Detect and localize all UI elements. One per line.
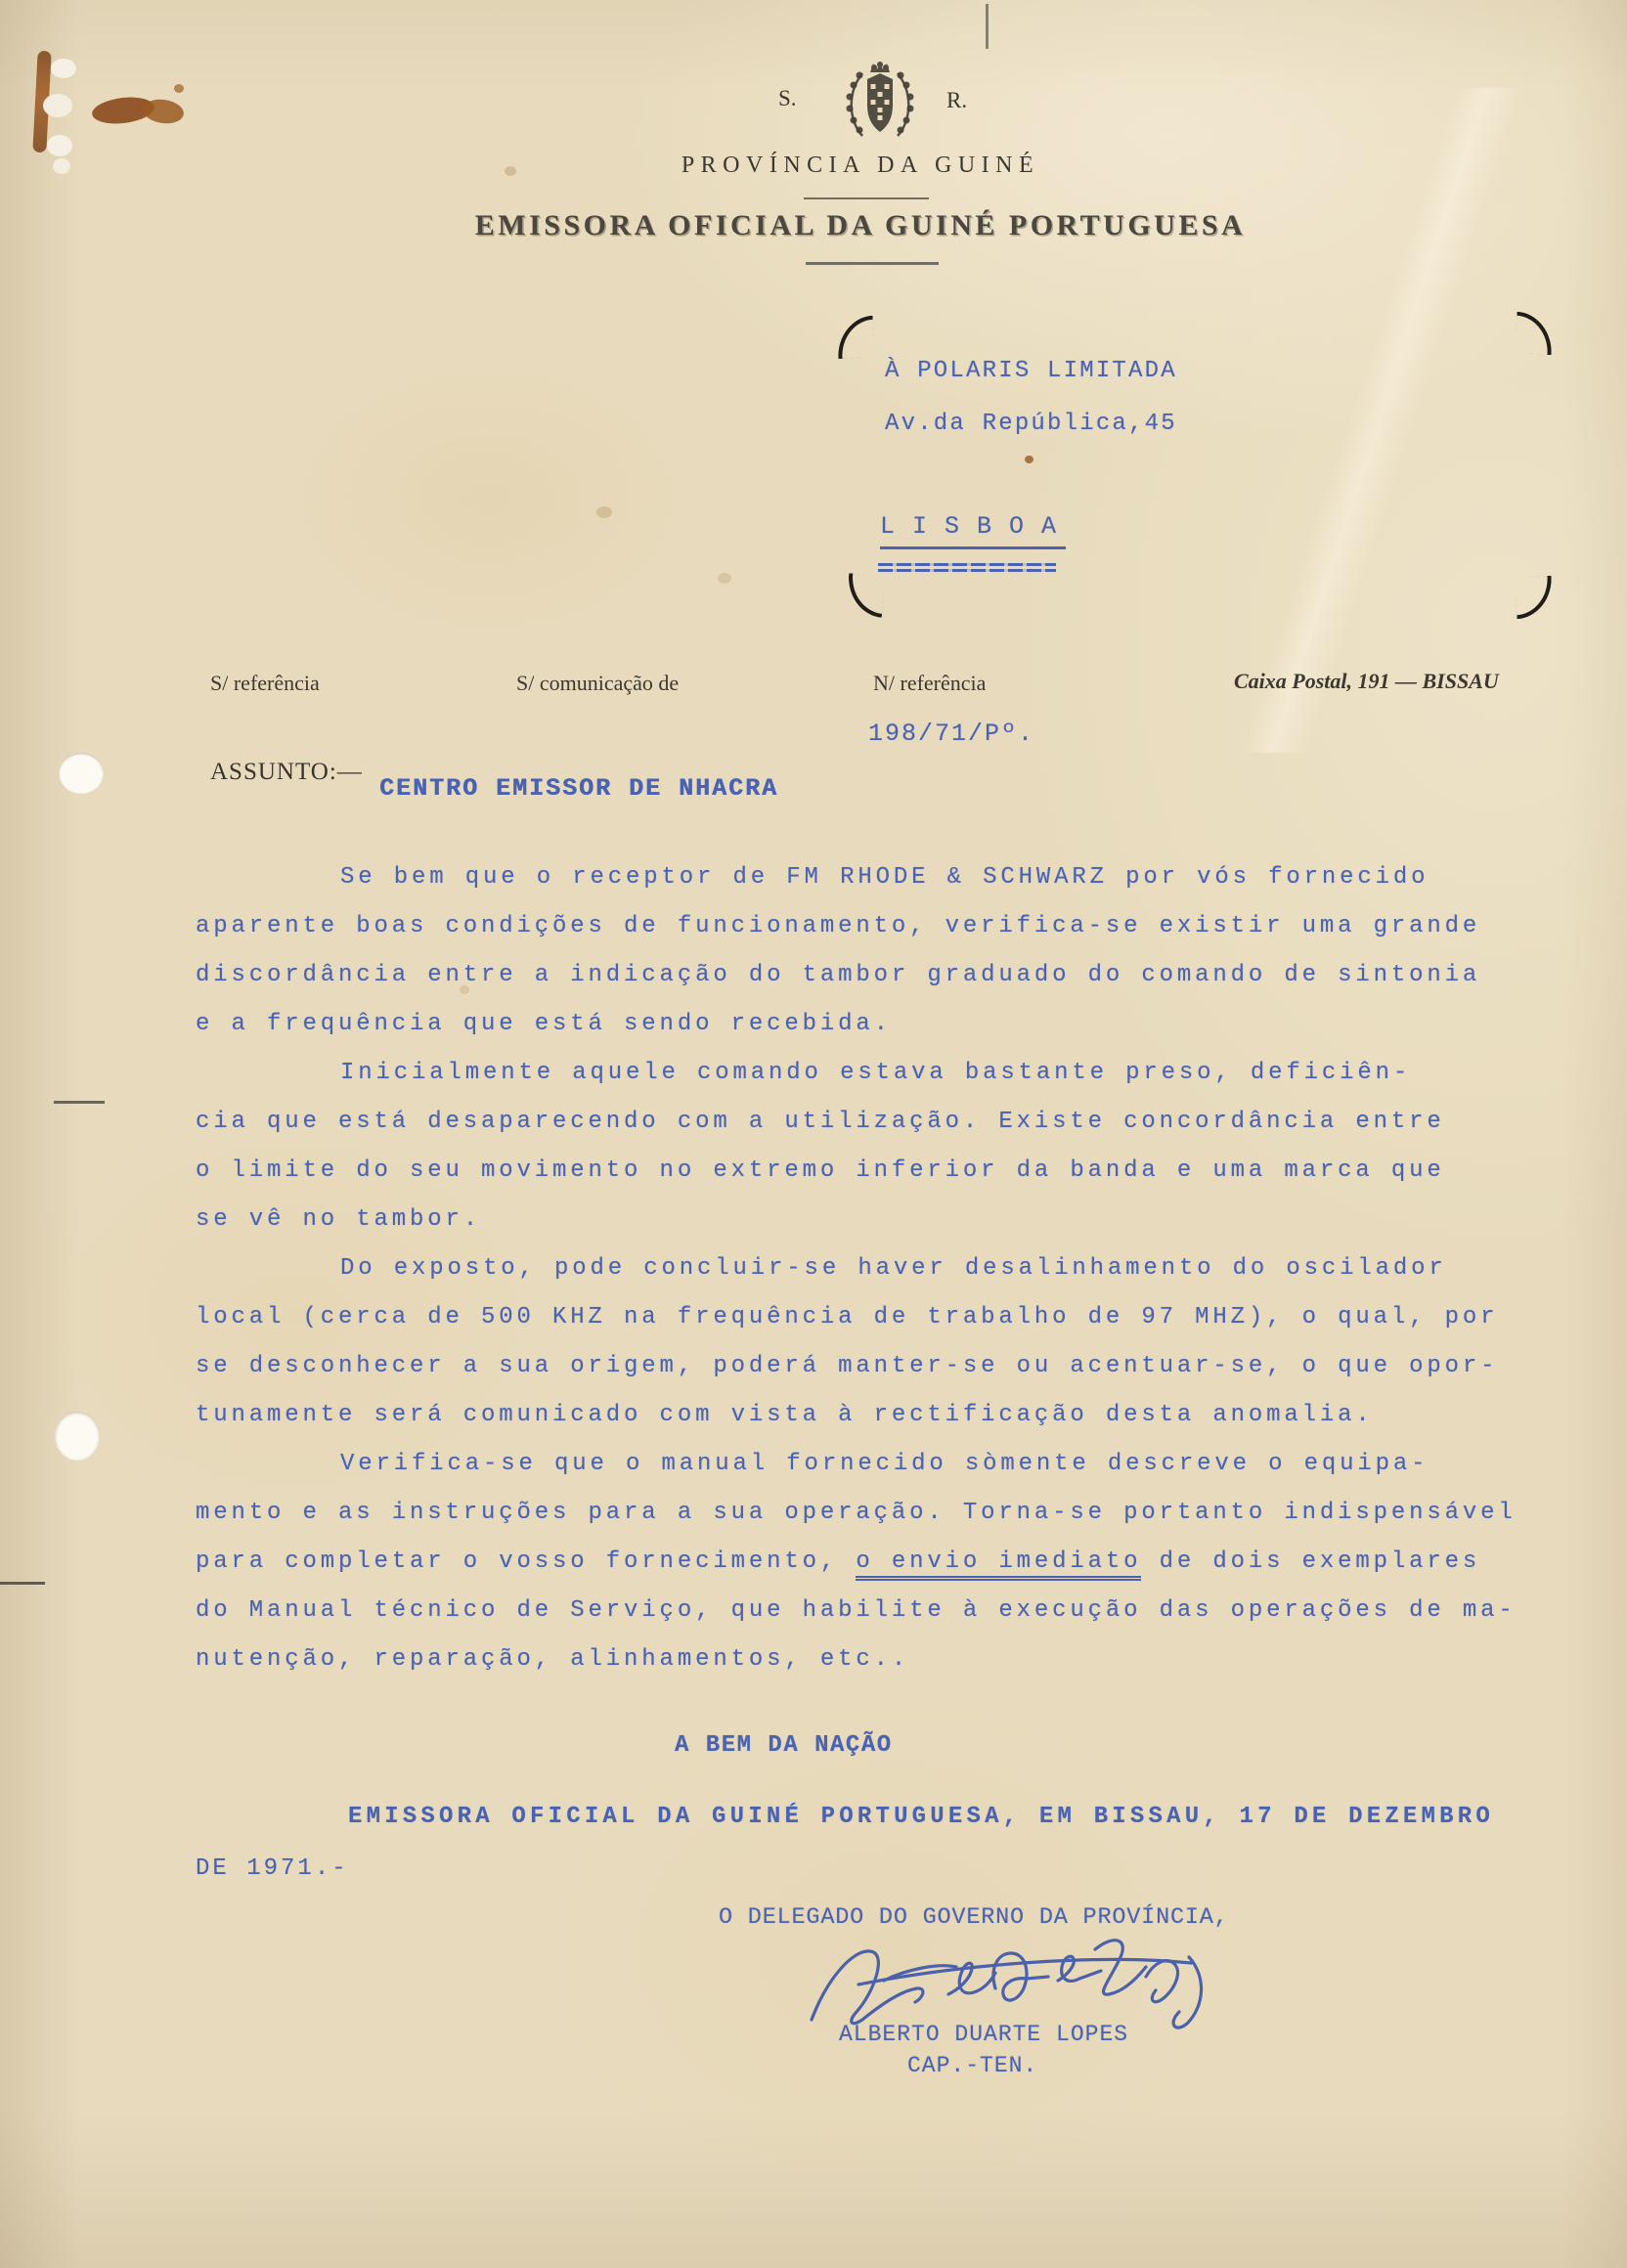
body-line: nutenção, reparação, alinhamentos, etc.. (196, 1646, 1525, 1695)
foxing-spot (1025, 456, 1033, 463)
subject-value: CENTRO EMISSOR DE NHACRA (379, 774, 778, 803)
body-line: discordância entre a indicação do tambor… (196, 962, 1525, 1011)
paper-tear-glint (43, 94, 72, 117)
foxing-spot (596, 506, 612, 518)
staple-rust-stain (142, 97, 186, 126)
paper-tear-glint (53, 158, 70, 174)
body-text: para completar o vosso fornecimento, (196, 1548, 856, 1575)
recipient-city-underline (878, 569, 1056, 572)
letterhead-divider (806, 262, 939, 265)
closing-dateline-1: EMISSORA OFICIAL DA GUINÉ PORTUGUESA, EM… (348, 1804, 1494, 1830)
subject-label: ASSUNTO:— (210, 759, 363, 786)
punch-hole (59, 753, 104, 794)
body-line: Se bem que o receptor de FM RHODE & SCHW… (196, 864, 1525, 913)
punch-hole (55, 1412, 100, 1461)
paper-tear-glint (51, 59, 76, 78)
body-line: Verifica-se que o manual fornecido sòmen… (196, 1451, 1525, 1500)
coat-of-arms-icon (833, 59, 927, 145)
body-line: e a frequência que está sendo recebida. (196, 1011, 1525, 1060)
margin-dash (54, 1101, 105, 1104)
foxing-spot (718, 573, 731, 584)
body-line: tunamente será comunicado com vista à re… (196, 1402, 1525, 1451)
closing-dateline-2: DE 1971.- (196, 1855, 349, 1882)
letterhead-initial-left: S. (778, 86, 797, 111)
ref-number: 198/71/Pº. (868, 720, 1034, 748)
recipient-name: À POLARIS LIMITADA (885, 358, 1177, 384)
crease-highlight (1115, 88, 1627, 753)
closing-motto: A BEM DA NAÇÃO (675, 1732, 893, 1759)
ref-label-your-communication: S/ comunicação de (516, 671, 679, 696)
rust-dot (174, 84, 184, 93)
foxing-spot (505, 166, 516, 176)
letter-body: Se bem que o receptor de FM RHODE & SCHW… (196, 864, 1525, 1695)
body-line: aparente boas condições de funcionamento… (196, 913, 1525, 962)
body-line: local (cerca de 500 KHZ na frequência de… (196, 1304, 1525, 1353)
letterhead-divider (804, 197, 929, 199)
recipient-city-underline (878, 563, 1056, 566)
recipient-city: L I S B O A (880, 512, 1066, 549)
address-window-corner-mark-top-left (836, 316, 876, 360)
body-line: Do exposto, pode concluir-se haver desal… (196, 1255, 1525, 1304)
body-line: Inicialmente aquele comando estava basta… (196, 1060, 1525, 1109)
body-line: o limite do seu movimento no extremo inf… (196, 1157, 1525, 1206)
scanned-letter-page: S. R. PROV (0, 0, 1627, 2268)
body-line: mento e as instruções para a sua operaçã… (196, 1500, 1525, 1548)
paper-tear-glint (47, 135, 72, 156)
letterhead-initial-right: R. (946, 88, 967, 113)
body-line: se desconhecer a sua origem, poderá mant… (196, 1353, 1525, 1402)
body-line: do Manual técnico de Serviço, que habili… (196, 1597, 1525, 1646)
margin-dash (0, 1582, 45, 1585)
body-line: se vê no tambor. (196, 1206, 1525, 1255)
body-text: de dois exemplares (1141, 1548, 1480, 1575)
body-line: para completar o vosso fornecimento, o e… (196, 1548, 1525, 1597)
body-line: cia que está desaparecendo com a utiliza… (196, 1109, 1525, 1157)
signer-name: ALBERTO DUARTE LOPES (839, 2022, 1128, 2047)
recipient-street: Av.da República,45 (885, 411, 1177, 437)
address-window-corner-mark-bottom-left (845, 573, 886, 618)
ref-label-po-box: Caixa Postal, 191 — BISSAU (1234, 669, 1499, 694)
signer-rank: CAP.-TEN. (907, 2053, 1037, 2078)
letterhead-org-name: EMISSORA OFICIAL DA GUINÉ PORTUGUESA (391, 209, 1330, 242)
fold-mark (986, 4, 989, 49)
letterhead-province: PROVÍNCIA DA GUINÉ (606, 153, 1115, 179)
ref-label-your-reference: S/ referência (210, 671, 320, 696)
underlined-phrase: o envio imediato (856, 1548, 1141, 1581)
ref-label-our-reference: N/ referência (873, 671, 986, 696)
